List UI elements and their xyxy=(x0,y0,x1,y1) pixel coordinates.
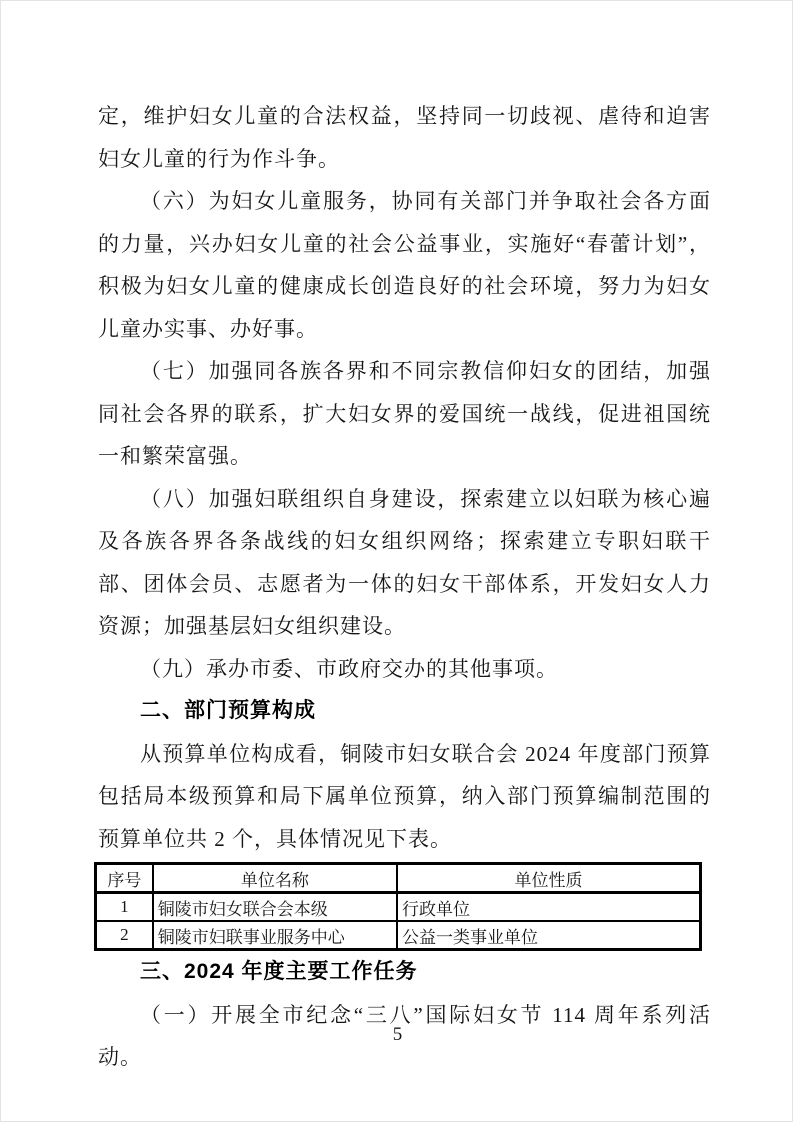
paragraph-item-8: （八）加强妇联组织自身建设，探索建立以妇联为核心遍及各族各界各条战线的妇女组织网… xyxy=(98,478,711,648)
table-header-seq: 序号 xyxy=(96,864,153,893)
document-page: 定，维护妇女儿童的合法权益，坚持同一切歧视、虐待和迫害妇女儿童的行为作斗争。 （… xyxy=(0,0,793,1122)
table-cell-seq: 2 xyxy=(96,921,153,950)
table-cell-unit-name: 铜陵市妇女联合会本级 xyxy=(153,893,397,922)
paragraph-item-6: （六）为妇女儿童服务，协同有关部门并争取社会各方面的力量，兴办妇女儿童的社会公益… xyxy=(98,180,711,350)
budget-units-table: 序号 单位名称 单位性质 1 铜陵市妇女联合会本级 行政单位 2 铜陵市妇联事业… xyxy=(94,862,702,951)
table-header-row: 序号 单位名称 单位性质 xyxy=(96,864,701,893)
table-header-unit-name: 单位名称 xyxy=(153,864,397,893)
table-cell-unit-name: 铜陵市妇联事业服务中心 xyxy=(153,921,397,950)
page-number: 5 xyxy=(1,1023,793,1047)
paragraph-budget-composition: 从预算单位构成看，铜陵市妇女联合会 2024 年度部门预算包括局本级预算和局下属… xyxy=(98,733,711,861)
page-content: 定，维护妇女儿童的合法权益，坚持同一切歧视、虐待和迫害妇女儿童的行为作斗争。 （… xyxy=(98,95,711,1079)
paragraph-item-9: （九）承办市委、市政府交办的其他事项。 xyxy=(98,648,711,691)
table-row: 1 铜陵市妇女联合会本级 行政单位 xyxy=(96,893,701,922)
table-cell-seq: 1 xyxy=(96,893,153,922)
paragraph-continuation: 定，维护妇女儿童的合法权益，坚持同一切歧视、虐待和迫害妇女儿童的行为作斗争。 xyxy=(98,95,711,180)
table-header-unit-nature: 单位性质 xyxy=(397,864,701,893)
table-cell-unit-nature: 公益一类事业单位 xyxy=(397,921,701,950)
table-row: 2 铜陵市妇联事业服务中心 公益一类事业单位 xyxy=(96,921,701,950)
section-3-heading: 三、2024 年度主要工作任务 xyxy=(98,951,711,994)
section-2-heading: 二、部门预算构成 xyxy=(98,690,711,733)
table-cell-unit-nature: 行政单位 xyxy=(397,893,701,922)
paragraph-item-7: （七）加强同各族各界和不同宗教信仰妇女的团结，加强同社会各界的联系，扩大妇女界的… xyxy=(98,350,711,478)
